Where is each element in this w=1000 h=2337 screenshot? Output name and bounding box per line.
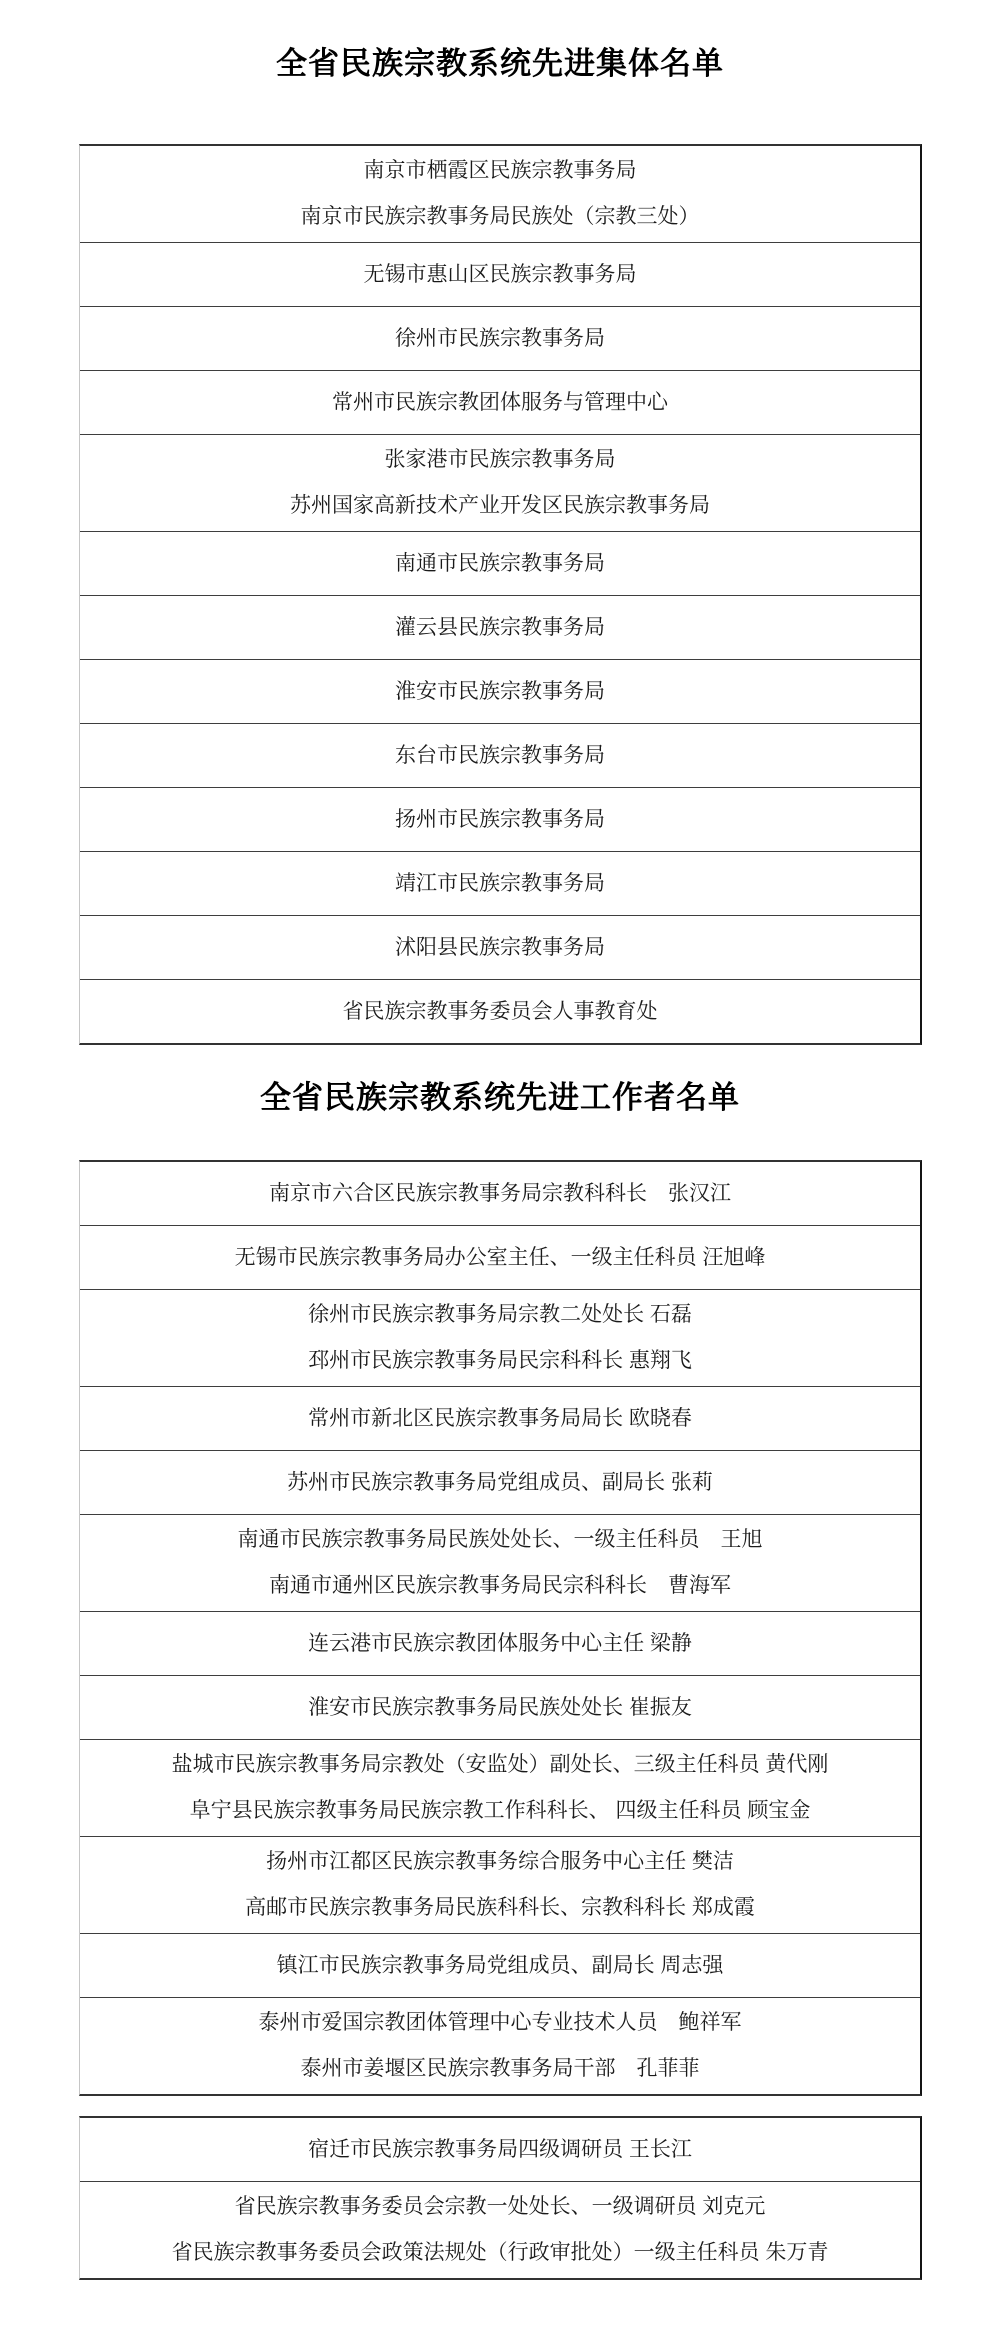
table-row: 徐州市民族宗教事务局 [80, 306, 920, 370]
workers-table: 南京市六合区民族宗教事务局宗教科科长 张汉江无锡市民族宗教事务局办公室主任、一级… [79, 1160, 922, 2096]
document-page: 全省民族宗教系统先进集体名单 南京市栖霞区民族宗教事务局南京市民族宗教事务局民族… [0, 0, 1000, 2337]
entry-line: 南京市民族宗教事务局民族处（宗教三处） [301, 194, 700, 240]
entry-line: 省民族宗教事务委员会政策法规处（行政审批处）一级主任科员 朱万青 [172, 2230, 829, 2276]
entry-line: 张家港市民族宗教事务局 [385, 437, 616, 483]
entry-line: 南通市民族宗教事务局 [395, 541, 605, 587]
entry-line: 淮安市民族宗教事务局民族处处长 崔振友 [308, 1685, 692, 1731]
table-row: 靖江市民族宗教事务局 [80, 851, 920, 915]
entry-line: 苏州市民族宗教事务局党组成员、副局长 张莉 [287, 1460, 713, 1506]
entry-line: 徐州市民族宗教事务局 [395, 316, 605, 362]
table-row: 扬州市民族宗教事务局 [80, 787, 920, 851]
entry-line: 淮安市民族宗教事务局 [395, 669, 605, 715]
entry-line: 徐州市民族宗教事务局宗教二处处长 石磊 [308, 1292, 692, 1338]
table-row: 省民族宗教事务委员会人事教育处 [80, 979, 920, 1043]
table-row: 连云港市民族宗教团体服务中心主任 梁静 [80, 1611, 920, 1675]
table-row: 淮安市民族宗教事务局民族处处长 崔振友 [80, 1675, 920, 1739]
table-row: 泰州市爱国宗教团体管理中心专业技术人员 鲍祥军泰州市姜堰区民族宗教事务局干部 孔… [80, 1997, 920, 2094]
table-row: 无锡市民族宗教事务局办公室主任、一级主任科员 汪旭峰 [80, 1225, 920, 1289]
entry-line: 南京市栖霞区民族宗教事务局 [364, 148, 637, 194]
entry-line: 高邮市民族宗教事务局民族科科长、宗教科科长 郑成霞 [245, 1885, 755, 1931]
table-row: 宿迁市民族宗教事务局四级调研员 王长江 [80, 2118, 920, 2181]
entry-line: 邳州市民族宗教事务局民宗科科长 惠翔飞 [308, 1338, 692, 1384]
table-row: 常州市新北区民族宗教事务局局长 欧晓春 [80, 1386, 920, 1450]
entry-line: 苏州国家高新技术产业开发区民族宗教事务局 [290, 483, 710, 529]
table-row: 沭阳县民族宗教事务局 [80, 915, 920, 979]
table-row: 淮安市民族宗教事务局 [80, 659, 920, 723]
entry-line: 泰州市姜堰区民族宗教事务局干部 孔菲菲 [301, 2046, 700, 2092]
table-row: 镇江市民族宗教事务局党组成员、副局长 周志强 [80, 1933, 920, 1997]
table-row: 南通市民族宗教事务局民族处处长、一级主任科员 王旭南通市通州区民族宗教事务局民宗… [80, 1514, 920, 1611]
entry-line: 扬州市江都区民族宗教事务综合服务中心主任 樊洁 [266, 1839, 734, 1885]
table-row: 苏州市民族宗教事务局党组成员、副局长 张莉 [80, 1450, 920, 1514]
entry-line: 靖江市民族宗教事务局 [395, 861, 605, 907]
entry-line: 宿迁市民族宗教事务局四级调研员 王长江 [308, 2127, 692, 2173]
entry-line: 南京市六合区民族宗教事务局宗教科科长 张汉江 [269, 1171, 731, 1217]
entry-line: 泰州市爱国宗教团体管理中心专业技术人员 鲍祥军 [259, 2000, 742, 2046]
entry-line: 无锡市民族宗教事务局办公室主任、一级主任科员 汪旭峰 [235, 1235, 766, 1281]
table-row: 灌云县民族宗教事务局 [80, 595, 920, 659]
table-row: 徐州市民族宗教事务局宗教二处处长 石磊邳州市民族宗教事务局民宗科科长 惠翔飞 [80, 1289, 920, 1386]
bottom-whitespace [0, 2280, 1000, 2334]
table-row: 盐城市民族宗教事务局宗教处（安监处）副处长、三级主任科员 黄代刚阜宁县民族宗教事… [80, 1739, 920, 1836]
table-row: 南通市民族宗教事务局 [80, 531, 920, 595]
collectives-list-title: 全省民族宗教系统先进集体名单 [0, 0, 1000, 83]
entry-line: 常州市新北区民族宗教事务局局长 欧晓春 [308, 1396, 692, 1442]
entry-line: 镇江市民族宗教事务局党组成员、副局长 周志强 [277, 1943, 724, 1989]
entry-line: 南通市通州区民族宗教事务局民宗科科长 曹海军 [269, 1563, 731, 1609]
entry-line: 扬州市民族宗教事务局 [395, 797, 605, 843]
entry-line: 灌云县民族宗教事务局 [395, 605, 605, 651]
entry-line: 南通市民族宗教事务局民族处处长、一级主任科员 王旭 [238, 1517, 763, 1563]
table-row: 扬州市江都区民族宗教事务综合服务中心主任 樊洁高邮市民族宗教事务局民族科科长、宗… [80, 1836, 920, 1933]
entry-line: 省民族宗教事务委员会宗教一处处长、一级调研员 刘克元 [235, 2184, 766, 2230]
entry-line: 无锡市惠山区民族宗教事务局 [364, 252, 637, 298]
table-row: 张家港市民族宗教事务局苏州国家高新技术产业开发区民族宗教事务局 [80, 434, 920, 531]
table-row: 南京市栖霞区民族宗教事务局南京市民族宗教事务局民族处（宗教三处） [80, 146, 920, 242]
collectives-table: 南京市栖霞区民族宗教事务局南京市民族宗教事务局民族处（宗教三处）无锡市惠山区民族… [79, 144, 922, 1045]
entry-line: 阜宁县民族宗教事务局民族宗教工作科科长、 四级主任科员 顾宝金 [190, 1788, 811, 1834]
entry-line: 省民族宗教事务委员会人事教育处 [343, 989, 658, 1035]
entry-line: 东台市民族宗教事务局 [395, 733, 605, 779]
entry-line: 常州市民族宗教团体服务与管理中心 [332, 380, 668, 426]
workers-table-continued: 宿迁市民族宗教事务局四级调研员 王长江省民族宗教事务委员会宗教一处处长、一级调研… [79, 2116, 922, 2280]
table-row: 南京市六合区民族宗教事务局宗教科科长 张汉江 [80, 1162, 920, 1225]
table-row: 常州市民族宗教团体服务与管理中心 [80, 370, 920, 434]
table-row: 东台市民族宗教事务局 [80, 723, 920, 787]
entry-line: 盐城市民族宗教事务局宗教处（安监处）副处长、三级主任科员 黄代刚 [172, 1742, 829, 1788]
table-row: 无锡市惠山区民族宗教事务局 [80, 242, 920, 306]
entry-line: 沭阳县民族宗教事务局 [395, 925, 605, 971]
workers-list-title: 全省民族宗教系统先进工作者名单 [0, 1078, 1000, 1117]
entry-line: 连云港市民族宗教团体服务中心主任 梁静 [308, 1621, 692, 1667]
table-row: 省民族宗教事务委员会宗教一处处长、一级调研员 刘克元省民族宗教事务委员会政策法规… [80, 2181, 920, 2278]
